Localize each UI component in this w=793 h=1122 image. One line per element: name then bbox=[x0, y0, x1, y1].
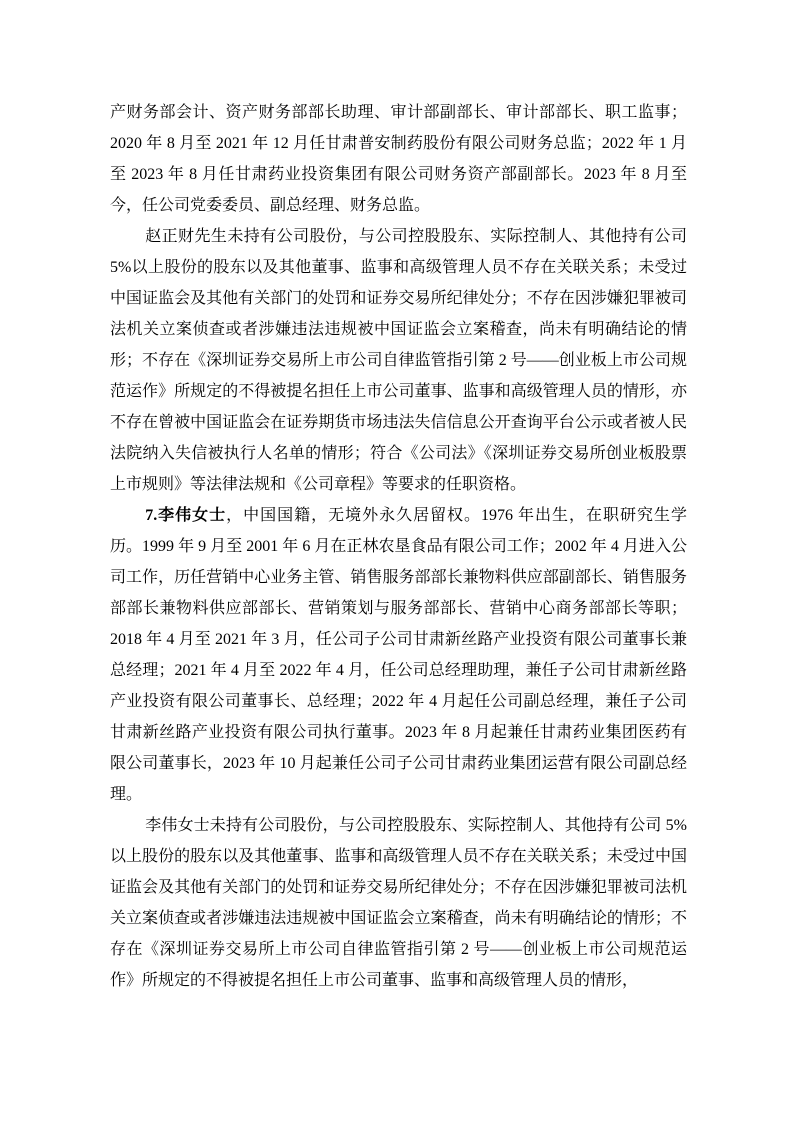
person-name-li-wei: 7.李伟女士 bbox=[145, 507, 226, 524]
paragraph-text: 李伟女士未持有公司股份，与公司控股股东、实际控制人、其他持有公司 5%以上股份的… bbox=[110, 817, 687, 989]
paragraph-text: 产财务部会计、资产财务部部长助理、审计部副部长、审计部部长、职工监事；2020 … bbox=[110, 104, 687, 214]
document-page: 产财务部会计、资产财务部部长助理、审计部副部长、审计部部长、职工监事；2020 … bbox=[0, 0, 793, 1122]
paragraph-li-wei-bio: 7.李伟女士，中国国籍，无境外永久居留权。1976 年出生，在职研究生学历。19… bbox=[110, 500, 687, 810]
paragraph-li-wei-qualification: 李伟女士未持有公司股份，与公司控股股东、实际控制人、其他持有公司 5%以上股份的… bbox=[110, 810, 687, 996]
paragraph-bio-continued: 产财务部会计、资产财务部部长助理、审计部副部长、审计部部长、职工监事；2020 … bbox=[110, 97, 687, 221]
paragraph-text: ，中国国籍，无境外永久居留权。1976 年出生，在职研究生学历。1999 年 9… bbox=[110, 507, 687, 803]
paragraph-zhao-zhengcai-qualification: 赵正财先生未持有公司股份，与公司控股股东、实际控制人、其他持有公司5%以上股份的… bbox=[110, 221, 687, 500]
paragraph-text: 赵正财先生未持有公司股份，与公司控股股东、实际控制人、其他持有公司5%以上股份的… bbox=[110, 228, 687, 493]
